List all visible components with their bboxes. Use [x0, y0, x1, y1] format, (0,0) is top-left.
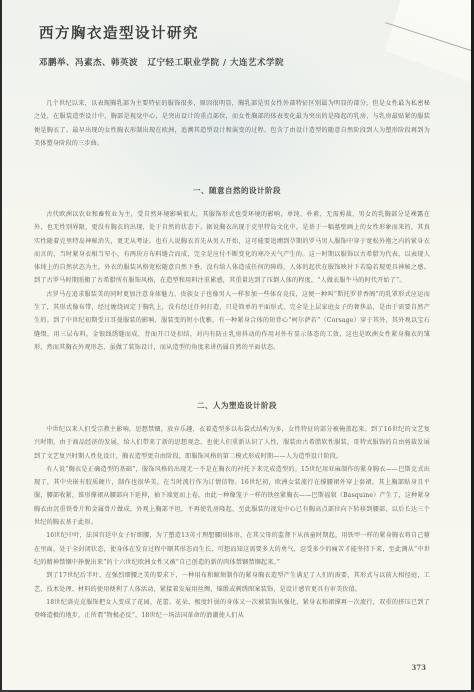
folded-corner — [385, 0, 471, 82]
paragraph: 到了17世纪后半叶，在强烈细腰之美的要求下，一种用布和鲸须制作的紧身胸衣造型产生… — [34, 569, 430, 596]
section-heading-2: 二、人为塑造设计阶段 — [0, 400, 474, 411]
paragraph: 有人说“胸衣是正确造型的基础”，服饰风格的出现无一不是在胸衣的衬托下来完成造型的… — [34, 463, 430, 529]
paragraph: 中世纪以来人们受宗教主影响，思想禁锢，放弃乐趣，衣着造型多以布袋式结构为多，女性… — [34, 423, 430, 463]
paragraph: 18世纪洛克克服饰把女人变成了花园，花蕾、花朵、极度纤弱的身体又一次被装饰风强化… — [34, 596, 430, 623]
intro-paragraph: 几个世纪以来，以表现胸乳部为主要特征的服饰很多，原因很明显，胸乳部是男女性外部特… — [34, 97, 430, 150]
intro-section: 几个世纪以来，以表现胸乳部为主要特征的服饰很多，原因很明显，胸乳部是男女性外部特… — [34, 97, 430, 150]
affiliation: 辽宁轻工职业学院 / 大连艺术学院 — [147, 58, 284, 68]
scan-border-left — [0, 0, 2, 692]
paragraph: 古罗马在追求服装美的同时更加注意身体魅力，贵族女子也像男人一样参加一些体育竞技，… — [34, 288, 430, 354]
author-names: 邓鹏举、冯素杰、韩英波 — [39, 58, 138, 68]
page-number: 373 — [411, 663, 426, 672]
byline: 邓鹏举、冯素杰、韩英波 辽宁轻工职业学院 / 大连艺术学院 — [39, 56, 290, 68]
section-heading-1: 一、随意自然的设计阶段 — [0, 185, 474, 196]
section-1-body: 古代欧洲以农业和畜牧业为主，受自然环境影响很大，其服饰形式也受环境的影响，单纯、… — [34, 208, 430, 354]
journal-page: 西方胸衣造型设计研究 邓鹏举、冯素杰、韩英波 辽宁轻工职业学院 / 大连艺术学院… — [0, 0, 474, 692]
paragraph: 16世纪中叶，法国宫廷中女子好细腰，为了塑造13英寸理想腰围体形，在其父母的监督… — [34, 529, 430, 569]
section-2-body: 中世纪以来人们受宗教主影响，思想禁锢，放弃乐趣，衣着造型多以布袋式结构为多，女性… — [34, 423, 430, 622]
article-title: 西方胸衣造型设计研究 — [39, 22, 199, 43]
paragraph: 古代欧洲以农业和畜牧业为主，受自然环境影响很大，其服饰形式也受环境的影响，单纯、… — [34, 208, 430, 288]
